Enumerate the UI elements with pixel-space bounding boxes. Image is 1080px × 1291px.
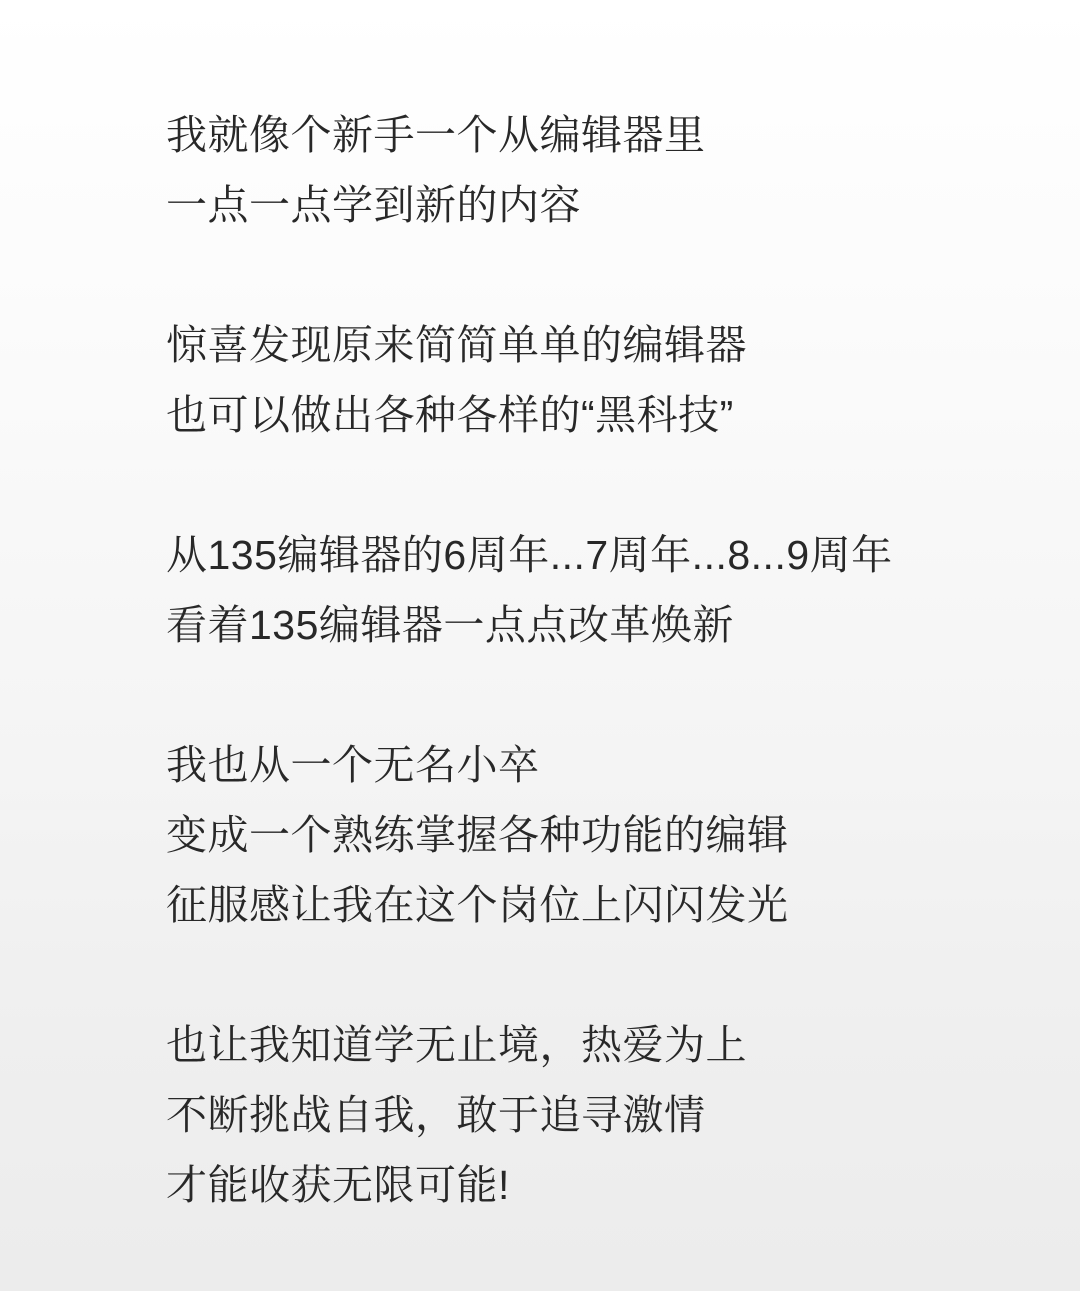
poem-line: 也让我知道学无止境，热爱为上	[166, 1010, 1020, 1080]
stanza-4: 我也从一个无名小卒 变成一个熟练掌握各种功能的编辑 征服感让我在这个岗位上闪闪发…	[166, 730, 1020, 940]
poem-line: 一点一点学到新的内容	[166, 170, 1020, 240]
poem-body: 我就像个新手一个从编辑器里 一点一点学到新的内容 惊喜发现原来简简单单的编辑器 …	[0, 0, 1080, 1220]
poem-line: 征服感让我在这个岗位上闪闪发光	[166, 870, 1020, 940]
stanza-2: 惊喜发现原来简简单单的编辑器 也可以做出各种各样的“黑科技”	[166, 310, 1020, 450]
stanza-5: 也让我知道学无止境，热爱为上 不断挑战自我，敢于追寻激情 才能收获无限可能!	[166, 1010, 1020, 1220]
stanza-1: 我就像个新手一个从编辑器里 一点一点学到新的内容	[166, 100, 1020, 240]
poem-line: 我也从一个无名小卒	[166, 730, 1020, 800]
stanza-3: 从135编辑器的6周年...7周年...8...9周年 看着135编辑器一点点改…	[166, 520, 1020, 660]
poem-line: 惊喜发现原来简简单单的编辑器	[166, 310, 1020, 380]
poem-line: 我就像个新手一个从编辑器里	[166, 100, 1020, 170]
poem-line: 看着135编辑器一点点改革焕新	[166, 590, 1020, 660]
poem-line: 才能收获无限可能!	[166, 1150, 1020, 1220]
poem-line: 从135编辑器的6周年...7周年...8...9周年	[166, 520, 1020, 590]
poem-line: 变成一个熟练掌握各种功能的编辑	[166, 800, 1020, 870]
poem-line: 也可以做出各种各样的“黑科技”	[166, 380, 1020, 450]
text-poster: 我就像个新手一个从编辑器里 一点一点学到新的内容 惊喜发现原来简简单单的编辑器 …	[0, 0, 1080, 1291]
poem-line: 不断挑战自我，敢于追寻激情	[166, 1080, 1020, 1150]
